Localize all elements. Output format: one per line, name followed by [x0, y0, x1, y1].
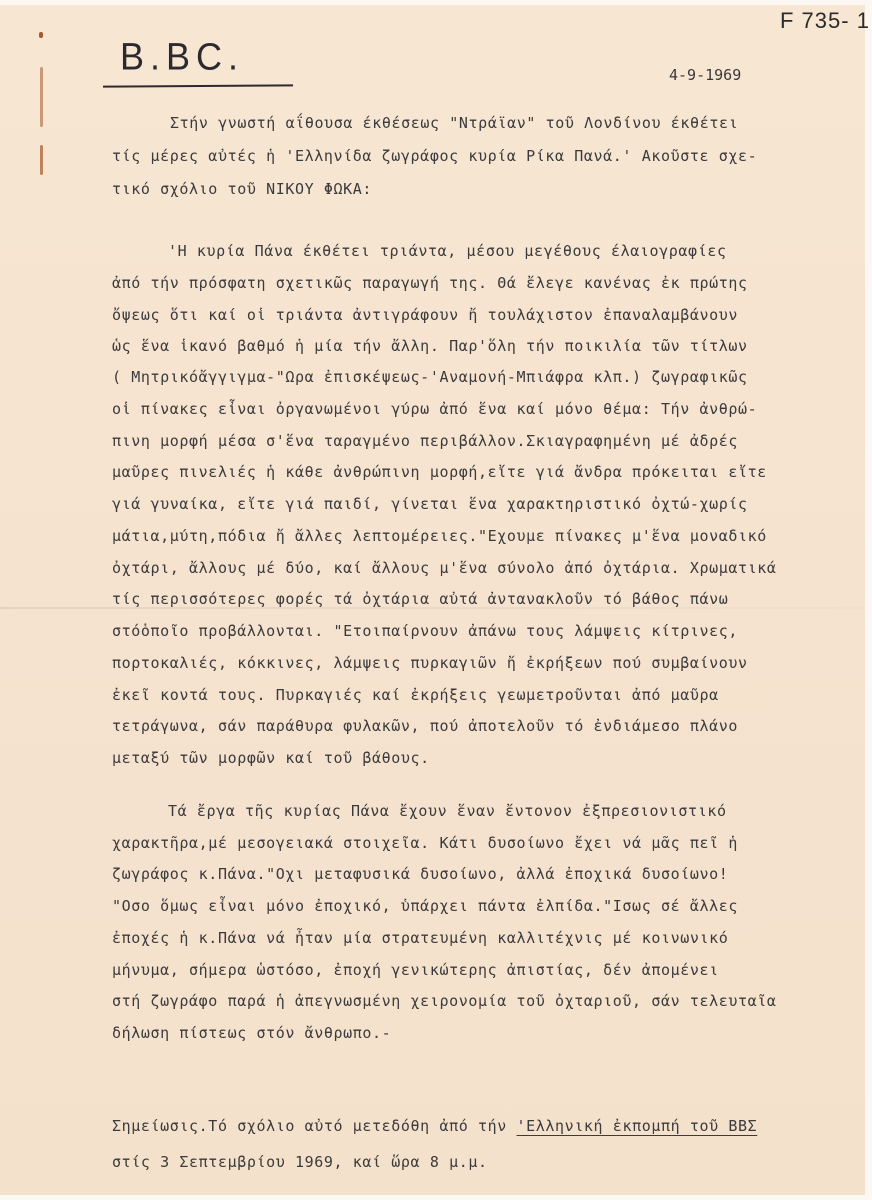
body2-line: χαρακτῆρα,μέ μεσογειακά στοιχεῖα. Κάτι δ… — [112, 834, 738, 852]
staple-mark — [40, 67, 43, 127]
intro-line: τικό σχόλιο τοῦ ΝΙΚΟΥ ΦΩΚΑ: — [112, 180, 372, 198]
body-line: ἀπό τήν πρόσφατη σχετικῶς παραγωγή της. … — [112, 274, 748, 292]
body-line: ἐκεῖ κοντά τους. Πυρκαγιές καί ἐκρήξεις … — [112, 686, 719, 704]
body-line: ( Μητρικόἄγγιγμα-"Ωρα ἐπισκέψεως-'Αναμον… — [112, 368, 748, 386]
body2-line: μήνυμα, σήμερα ὡστόσο, ἐποχή γενικώτερης… — [112, 961, 719, 979]
intro-line: τίς μέρες αὐτές ἡ 'Ελληνίδα ζωγράφος κυρ… — [112, 147, 757, 165]
document-date: 4-9-1969 — [669, 66, 741, 84]
body-line: ὀχτάρι, ἄλλους μέ δύο, καί ἄλλους μ'ἕνα … — [112, 559, 777, 577]
note-line: στίς 3 Σεπτεμβρίου 1969, καί ὥρα 8 μ.μ. — [112, 1153, 488, 1171]
station-heading: B.BC. — [120, 35, 244, 79]
body-line: πινη μορφή μέσα σ'ἕνα ταραγμένο περιβάλλ… — [112, 432, 738, 450]
note-prefix: Σημείωσις.Τό σχόλιο αὐτό μετεδόθη ἀπό τή… — [112, 1117, 517, 1135]
body-line: 'Η κυρία Πάνα έκθέτει τριάντα, μέσου μεγ… — [168, 242, 727, 260]
body2-line: ἐποχές ἡ κ.Πάνα νά ἦταν μία στρατευμένη … — [112, 929, 728, 947]
body-line: μαῦρες πινελιές ἡ κάθε ἀνθρώπινη μορφή,ε… — [112, 463, 767, 481]
body-line: οἱ πίνακες εἶναι ὀργανωμένοι γύρω ἀπό ἕν… — [112, 400, 757, 418]
body-line: τετράγωνα, σάν παράθυρα φυλακῶν, πού ἀπο… — [112, 717, 738, 735]
body2-line: Τά ἔργα τῆς κυρίας Πάνα ἔχουν ἕναν ἔντον… — [168, 802, 727, 820]
intro-line: Στήν γνωστή αΐθουσα έκθέσεως "Ντράϊαν" τ… — [170, 114, 738, 132]
staple-mark — [39, 32, 43, 38]
body-line: γιά γυναίκα, εἴτε γιά παιδί, γίνεται ἕνα… — [112, 495, 748, 513]
note-line: Σημείωσις.Τό σχόλιο αὐτό μετεδόθη ἀπό τή… — [112, 1117, 757, 1135]
body-line: ὡς ἕνα ἱκανό βαθμό ἡ μία τήν ἄλλη. Παρ'ὅ… — [112, 337, 748, 355]
file-reference: F 735- 1 — [780, 8, 870, 34]
body-line: μάτια,μύτη,πόδια ἤ ἄλλες λεπτομέρειες."Ε… — [112, 527, 767, 545]
staple-mark — [40, 145, 43, 175]
body-line: τίς περισσότερες φορές τά ὀχτάρια αὐτά ἀ… — [112, 590, 728, 608]
body2-line: στή ζωγράφο παρά ἡ ἀπεγνωσμένη χειρονομί… — [112, 992, 777, 1010]
note-program-name: 'Ελληνική ἐκπομπή τοῦ ΒΒΣ — [517, 1117, 758, 1135]
body-line: ὄψεως ὅτι καί οἱ τριάντα ἀντιγράφουν ἤ τ… — [112, 306, 738, 324]
body2-line: "Οσο ὅμως εἶναι μόνο ἐποχικό, ὑπάρχει πά… — [112, 897, 738, 915]
body-line: πορτοκαλιές, κόκκινες, λάμψεις πυρκαγιῶν… — [112, 654, 748, 672]
body-line: μεταξύ τῶν μορφῶν καί τοῦ βάθους. — [112, 749, 430, 767]
body2-line: ζωγράφος κ.Πάνα."Οχι μεταφυσικά δυσοίωνο… — [112, 865, 728, 883]
body-line: στόὁποῖο προβάλλονται. "Ετοιπαίρνουν ἀπά… — [112, 622, 738, 640]
body2-line: δήλωση πίστεως στόν ἄνθρωπο.- — [112, 1024, 391, 1042]
